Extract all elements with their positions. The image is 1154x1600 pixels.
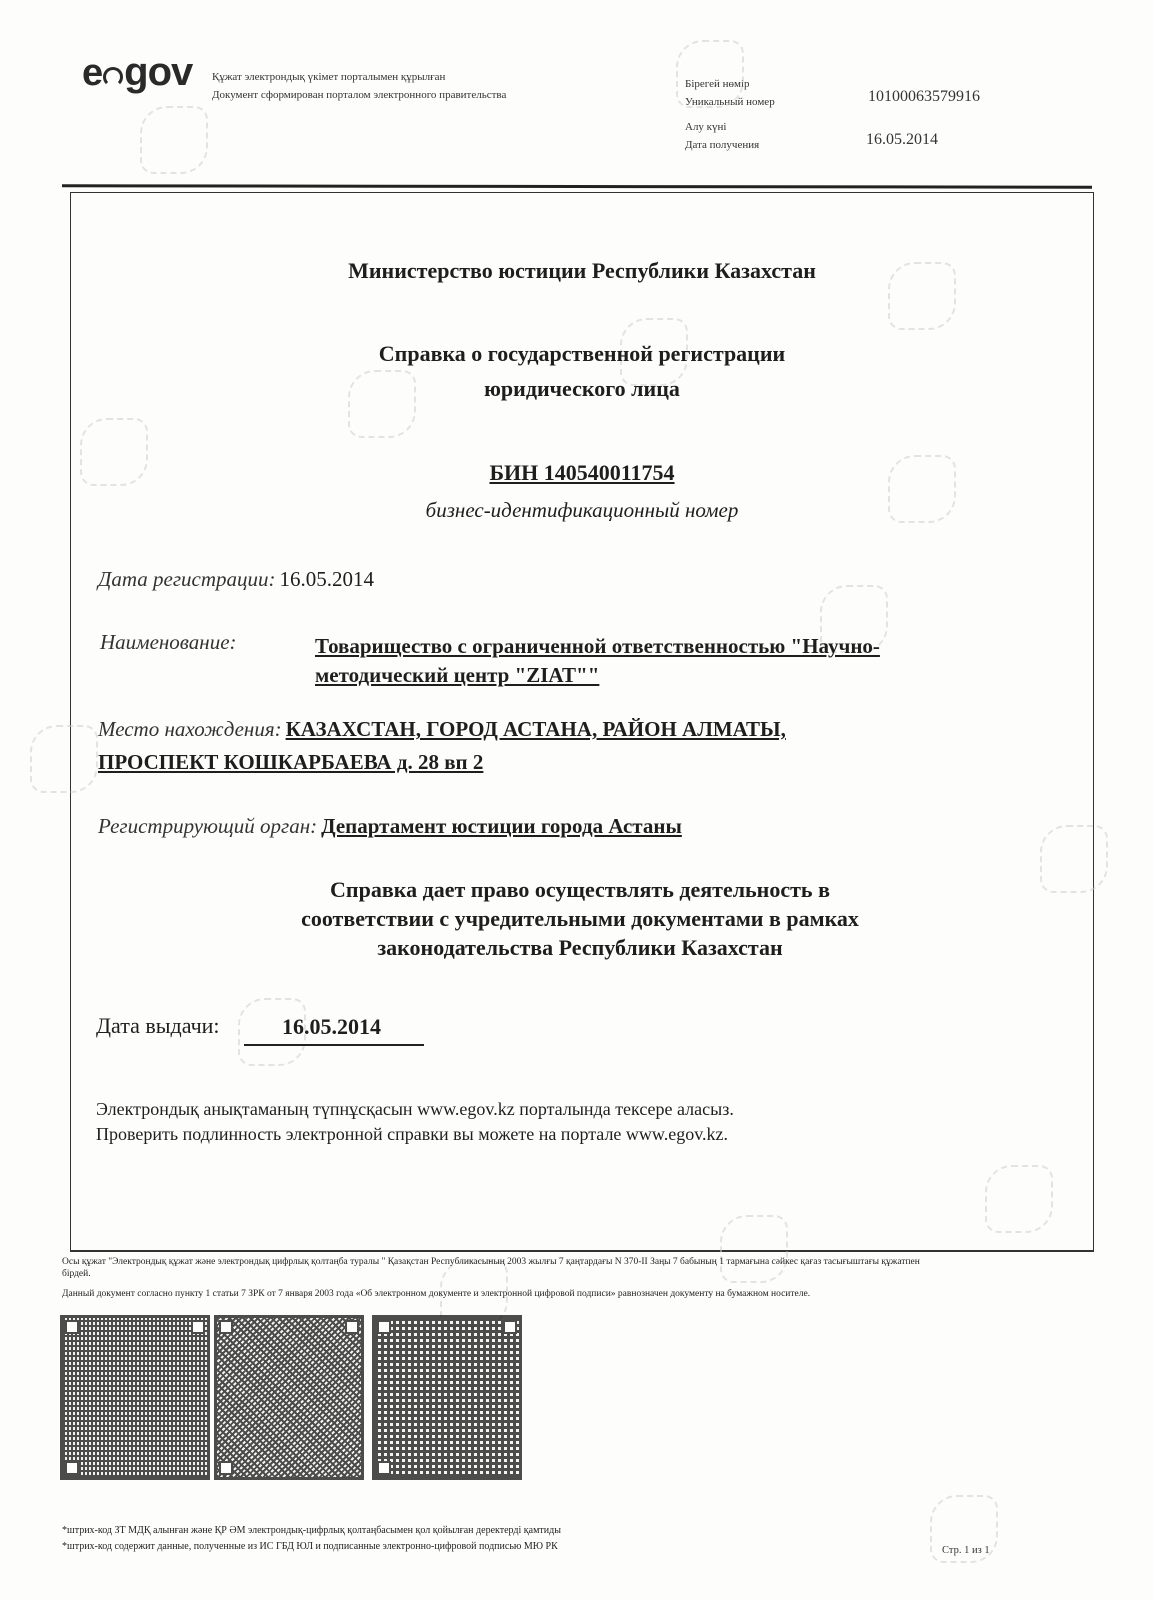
qr-code-2	[214, 1315, 364, 1480]
authority-label: Регистрирующий орган:	[98, 814, 317, 838]
header-divider	[62, 184, 1092, 188]
location-row: Место нахождения: КАЗАХСТАН, ГОРОД АСТАН…	[98, 714, 786, 777]
name-value-line1: Товарищество с ограниченной ответственно…	[315, 632, 880, 661]
unique-number-value: 10100063579916	[868, 88, 980, 106]
legal-notice-kz-line2: бірдей.	[62, 1268, 1047, 1280]
legal-notice-kz-line1: Осы құжат "Электрондық құжат және электр…	[62, 1256, 1047, 1268]
name-value: Товарищество с ограниченной ответственно…	[315, 632, 880, 690]
legal-notice-ru: Данный документ согласно пункту 1 статьи…	[62, 1288, 962, 1300]
ornament-icon	[30, 725, 98, 793]
location-label: Место нахождения:	[98, 717, 282, 741]
egov-symbol-icon	[103, 67, 123, 87]
verify-notice: Электрондық анықтаманың түпнұсқасын www.…	[96, 1097, 734, 1147]
rights-line3: законодательства Республики Казахстан	[150, 933, 1010, 962]
receipt-date-label-kz: Алу күні	[685, 118, 759, 136]
verify-notice-ru: Проверить подлинность электронной справк…	[96, 1122, 734, 1147]
name-value-line2: методический центр "ZIAT""	[315, 661, 880, 690]
document-title-line1: Справка о государственной регистрации	[70, 338, 1094, 370]
rights-statement: Справка дает право осуществлять деятельн…	[150, 875, 1010, 962]
portal-caption-kz: Құжат электрондық үкімет порталымен құры…	[212, 68, 506, 86]
ornament-icon	[140, 106, 208, 174]
barcode-note-kz: *штрих-код ЗТ МДҚ алынған және ҚР ӘМ эле…	[62, 1525, 561, 1536]
qr-code-1	[60, 1315, 210, 1480]
name-label-wrap: Наименование:	[100, 630, 237, 655]
name-label: Наименование:	[100, 630, 237, 654]
registration-date-label: Дата регистрации:	[98, 567, 276, 591]
document-title-line2: юридического лица	[70, 373, 1094, 405]
issue-date-underline	[244, 1044, 424, 1046]
bin-caption-text: бизнес-идентификационный номер	[426, 498, 739, 522]
bin-caption: бизнес-идентификационный номер	[70, 494, 1094, 526]
authority-row: Регистрирующий орган: Департамент юстици…	[98, 814, 682, 839]
egov-logo: egov	[82, 52, 192, 93]
receipt-date-label-ru: Дата получения	[685, 136, 759, 154]
bin-number: БИН 140540011754	[489, 460, 674, 485]
receipt-date-value: 16.05.2014	[866, 131, 938, 149]
issue-date-label: Дата выдачи:	[96, 1013, 220, 1039]
issue-date-value: 16.05.2014	[282, 1014, 381, 1040]
ornament-icon	[985, 1165, 1053, 1233]
portal-caption: Құжат электрондық үкімет порталымен құры…	[212, 68, 506, 104]
page-number: Стр. 1 из 1	[942, 1545, 990, 1556]
registration-date-row: Дата регистрации: 16.05.2014	[98, 567, 374, 592]
qr-code-3	[372, 1315, 522, 1480]
ornament-icon	[1040, 825, 1108, 893]
verify-notice-kz: Электрондық анықтаманың түпнұсқасын www.…	[96, 1097, 734, 1122]
barcode-note-ru: *штрих-код содержит данные, полученные и…	[62, 1541, 558, 1552]
bin-block: БИН 140540011754	[70, 457, 1094, 489]
ornament-icon	[676, 40, 744, 108]
logo-suffix: gov	[124, 50, 192, 94]
ministry-title: Министерство юстиции Республики Казахста…	[70, 255, 1094, 287]
authority-value: Департамент юстиции города Астаны	[321, 814, 682, 838]
location-value-line1: КАЗАХСТАН, ГОРОД АСТАНА, РАЙОН АЛМАТЫ,	[286, 717, 786, 741]
legal-notice-kz: Осы құжат "Электрондық құжат және электр…	[62, 1256, 1047, 1280]
logo-prefix: e	[82, 52, 102, 94]
rights-line2: соответствии с учредительными документам…	[150, 904, 1010, 933]
registration-date-value: 16.05.2014	[280, 567, 375, 591]
portal-caption-ru: Документ сформирован порталом электронно…	[212, 86, 506, 104]
rights-line1: Справка дает право осуществлять деятельн…	[150, 875, 1010, 904]
receipt-date-label: Алу күні Дата получения	[685, 118, 759, 154]
location-value-line2: ПРОСПЕКТ КОШКАРБАЕВА д. 28 вп 2	[98, 747, 786, 777]
